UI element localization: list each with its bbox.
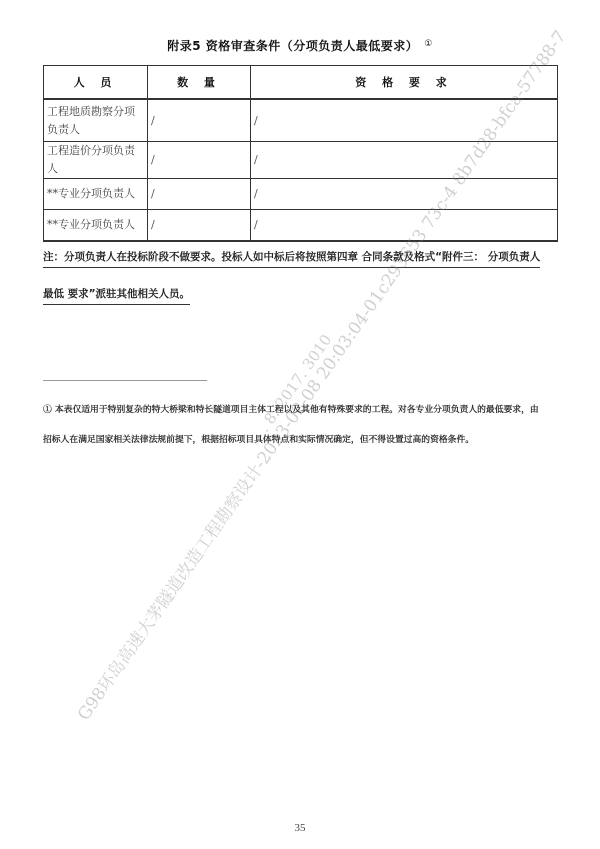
note-line-2: 最低 要求”派驻其他相关人员。 <box>43 286 190 305</box>
watermark-text-secondary: . 8. 2017. 3010 <box>255 331 335 435</box>
cell-role: 工程地质勘察分项负责人 <box>44 99 148 142</box>
appendix-title: 附录5 资格审查条件（分项负责人最低要求）① <box>0 37 600 54</box>
table-row: 工程地质勘察分项负责人 / / <box>44 99 558 142</box>
cell-requirement: / <box>251 179 558 210</box>
footnote-reference-mark: ① <box>424 39 433 49</box>
header-requirements: 资 格 要 求 <box>251 66 558 100</box>
table-row: **专业分项负责人 / / <box>44 210 558 242</box>
cell-requirement: / <box>251 142 558 179</box>
cell-role: 工程造价分项负责人 <box>44 142 148 179</box>
cell-quantity: / <box>148 142 251 179</box>
footnote-separator <box>43 380 207 381</box>
cell-requirement: / <box>251 99 558 142</box>
header-personnel: 人 员 <box>44 66 148 100</box>
header-quantity: 数 量 <box>148 66 251 100</box>
cell-requirement: / <box>251 210 558 242</box>
cell-quantity: / <box>148 179 251 210</box>
footnote-line-1: ① 本表仅适用于特别复杂的特大桥梁和特长隧道项目主体工程以及其他有特殊要求的工程… <box>43 402 557 415</box>
cell-role: **专业分项负责人 <box>44 210 148 242</box>
footnote-line-2: 招标人在满足国家相关法律法规前提下，根据招标项目具体特点和实际情况确定，但不得设… <box>43 432 557 445</box>
appendix-title-text: 附录5 资格审查条件（分项负责人最低要求） <box>167 39 418 53</box>
cell-quantity: / <box>148 210 251 242</box>
table-row: 工程造价分项负责人 / / <box>44 142 558 179</box>
note-line-1: 注：分项负责人在投标阶段不做要求。投标人如中标后将按照第四章 合同条款及格式“附… <box>43 249 540 268</box>
cell-role: **专业分项负责人 <box>44 179 148 210</box>
cell-quantity: / <box>148 99 251 142</box>
table-row: **专业分项负责人 / / <box>44 179 558 210</box>
qualification-requirements-table: 人 员 数 量 资 格 要 求 工程地质勘察分项负责人 / / 工程造价分项负责… <box>43 65 558 242</box>
page-number: 35 <box>0 822 600 834</box>
table-header-row: 人 员 数 量 资 格 要 求 <box>44 66 558 100</box>
